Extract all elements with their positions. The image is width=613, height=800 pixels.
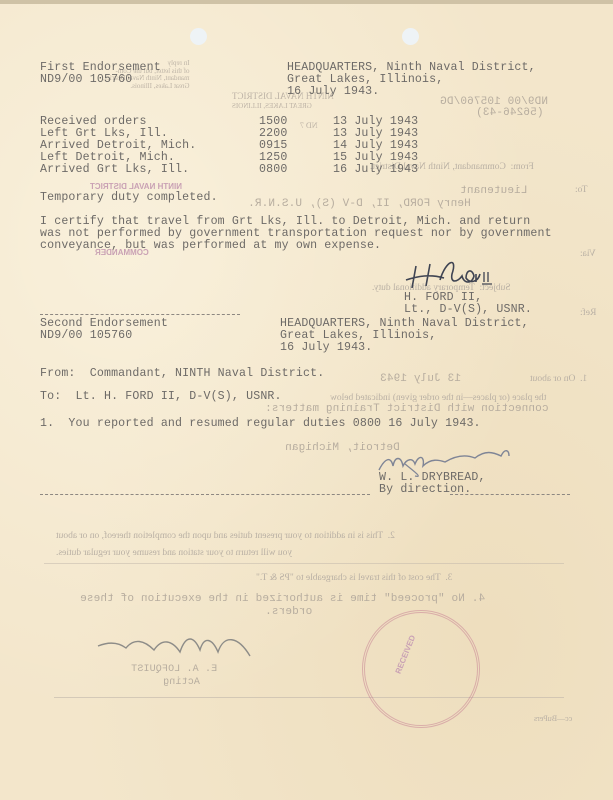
travel-time: 0800 bbox=[259, 164, 287, 175]
status-line: Temporary duty completed. bbox=[40, 192, 218, 203]
travel-time: 0915 bbox=[259, 140, 287, 151]
first-hq-line1: HEADQUARTERS, Ninth Naval District, bbox=[287, 62, 536, 73]
drybread-name: W. L. DRYBREAD, bbox=[379, 472, 486, 483]
bleed-p2-line1: 2. This is in addition to your present d… bbox=[56, 531, 395, 541]
paragraph-1: 1. You reported and resumed regular duti… bbox=[40, 418, 481, 429]
bleed-via-label: Via: bbox=[580, 249, 596, 259]
travel-event: Received orders bbox=[40, 116, 147, 127]
bleed-commandant-signature bbox=[88, 628, 258, 668]
to-line: To: Lt. H. FORD II, D-V(S), USNR. bbox=[40, 391, 282, 402]
bleed-nd7: ND 7 bbox=[300, 121, 318, 130]
travel-date: 13 July 1943 bbox=[333, 128, 418, 139]
endorsement-separator bbox=[40, 314, 240, 315]
bleed-p4-line2: orders. bbox=[265, 607, 312, 618]
bleed-ref-label: Ref: bbox=[580, 308, 596, 318]
bleed-commandant-title: Acting bbox=[163, 677, 200, 688]
bleed-to-label: To: bbox=[575, 185, 588, 195]
closing-dash-left bbox=[40, 494, 370, 495]
first-hq-line3: 16 July 1943. bbox=[287, 86, 379, 97]
travel-event: Left Detroit, Mich. bbox=[40, 152, 175, 163]
travel-date: 16 July 1943 bbox=[333, 164, 418, 175]
punch-hole-left bbox=[190, 28, 207, 45]
closing-dash-right bbox=[450, 494, 570, 495]
bleed-p4-line1: 4. No "proceed" time is authorized in th… bbox=[80, 594, 485, 605]
travel-time: 1500 bbox=[259, 116, 287, 127]
second-endorsement-title: Second Endorsement bbox=[40, 318, 168, 329]
ford-rank: Lt., D-V(S), USNR. bbox=[404, 304, 532, 315]
bleed-cc: cc—BuPers bbox=[534, 714, 572, 723]
second-hq-line2: Great Lakes, Illinois, bbox=[280, 330, 436, 341]
bleed-lieutenant: Lieutenant bbox=[460, 186, 528, 197]
stamp-district: NINTH NAVAL DISTRICT bbox=[90, 182, 182, 191]
first-endorsement-file-no: ND9/00 105760 bbox=[40, 74, 132, 85]
travel-date: 14 July 1943 bbox=[333, 140, 418, 151]
first-endorsement-title: First Endorsement bbox=[40, 62, 161, 73]
first-hq-line2: Great Lakes, Illinois, bbox=[287, 74, 443, 85]
travel-event: Left Grt Lks, Ill. bbox=[40, 128, 168, 139]
bleed-p2-line2: you will return to your station and resu… bbox=[56, 548, 292, 558]
ford-name: H. FORD II, bbox=[404, 292, 482, 303]
bleed-rule-upper bbox=[44, 563, 564, 564]
bleed-side-note-line: Great Lakes, Illinois. bbox=[130, 82, 189, 90]
received-stamp bbox=[362, 610, 480, 728]
bleed-p1-training: connection with District Training matter… bbox=[265, 404, 549, 415]
travel-time: 2200 bbox=[259, 128, 287, 139]
bleed-p1-cont: the place (or places—in the order given)… bbox=[330, 393, 546, 403]
paper-top-edge bbox=[0, 0, 613, 4]
second-hq-line1: HEADQUARTERS, Ninth Naval District, bbox=[280, 318, 529, 329]
travel-event: Arrived Grt Lks, Ill. bbox=[40, 164, 189, 175]
bleed-commandant-name: E. A. LOFQUIST bbox=[131, 664, 217, 675]
travel-time: 1250 bbox=[259, 152, 287, 163]
travel-date: 13 July 1943 bbox=[333, 116, 418, 127]
bleed-addressee: Henry FORD, II, D-V (S), U.S.N.R. bbox=[248, 199, 471, 210]
second-hq-line3: 16 July 1943. bbox=[280, 342, 372, 353]
bleed-ref-sub: (56246-43) bbox=[476, 108, 544, 119]
certification-line: was not performed by government transpor… bbox=[40, 228, 552, 239]
bleed-p1-date: 13 July 1943 bbox=[380, 374, 461, 385]
punch-hole-right bbox=[402, 28, 419, 45]
bleed-p3: 3. The cost of this travel is chargeable… bbox=[256, 573, 453, 583]
from-line: From: Commandant, NINTH Naval District. bbox=[40, 368, 324, 379]
ford-signature bbox=[400, 254, 500, 292]
bleed-p1-lead: 1. On or about bbox=[530, 374, 587, 384]
certification-line: conveyance, but was performed at my own … bbox=[40, 240, 381, 251]
travel-date: 15 July 1943 bbox=[333, 152, 418, 163]
second-endorsement-file-no: ND9/00 105760 bbox=[40, 330, 132, 341]
bleed-great-lakes: GREAT LAKES, ILLINOIS bbox=[232, 102, 312, 110]
certification-line: I certify that travel from Grt Lks, Ill.… bbox=[40, 216, 530, 227]
travel-event: Arrived Detroit, Mich. bbox=[40, 140, 196, 151]
bleed-rule-lower bbox=[54, 697, 564, 698]
